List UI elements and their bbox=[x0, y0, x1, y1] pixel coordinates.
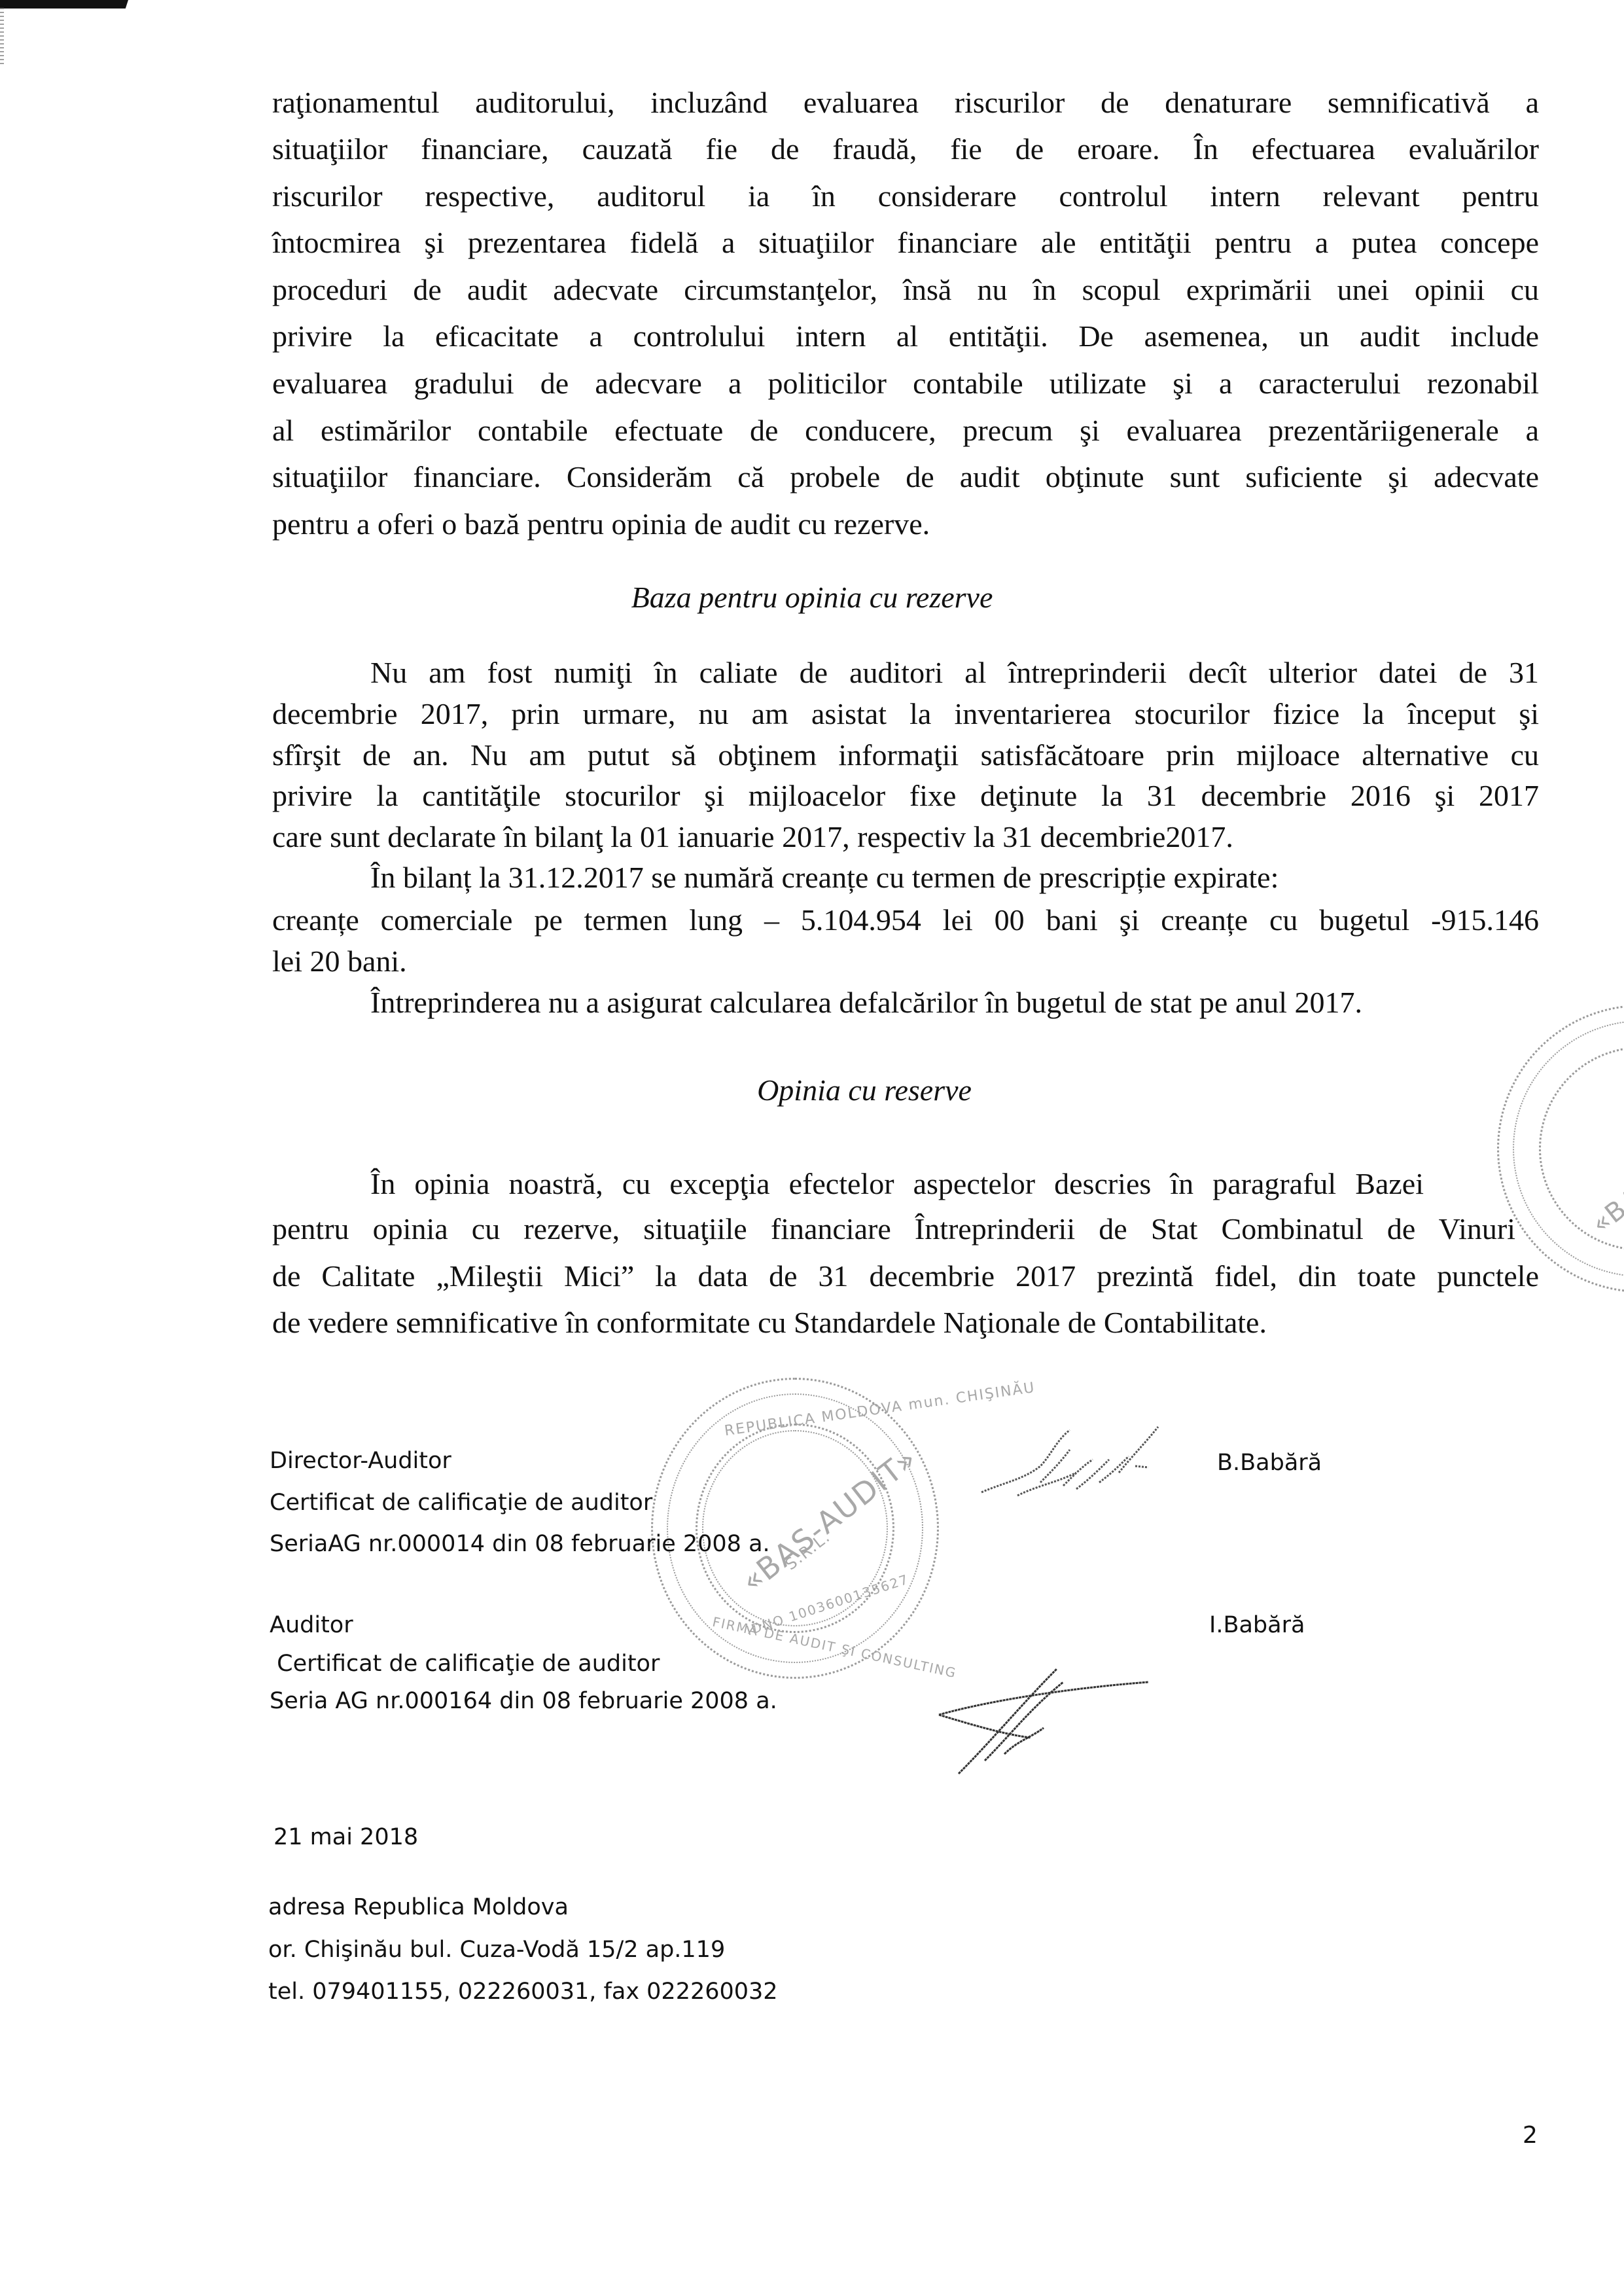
signatory-certificate: Certificat de calificaţie de auditor bbox=[270, 1492, 652, 1515]
signatory-role: Director-Auditor bbox=[270, 1450, 451, 1473]
body-line: proceduri de audit adecvate circumstanţe… bbox=[272, 275, 1539, 305]
document-page: raţionamentul auditorului, incluzând eva… bbox=[0, 0, 1624, 2296]
body-line: al estimărilor contabile efectuate de co… bbox=[272, 416, 1539, 446]
section-heading-opinion: Opinia cu reserve bbox=[52, 1075, 1624, 1105]
body-line: de vedere semnificative în conformitate … bbox=[272, 1308, 1539, 1338]
company-stamp: REPUBLICA MOLDOVA mun. CHIŞINĂU «BAS-AUD… bbox=[651, 1378, 939, 1679]
signatory-name: I.Babără bbox=[1209, 1614, 1305, 1637]
body-line: de Calitate „Mileştii Mici” la data de 3… bbox=[272, 1261, 1539, 1291]
signatory-series: SeriaAG nr.000014 din 08 februarie 2008 … bbox=[270, 1533, 770, 1556]
body-line: care sunt declarate în bilanţ la 01 ianu… bbox=[272, 822, 1539, 852]
body-line: În opinia noastră, cu excepţia efectelor… bbox=[370, 1169, 1424, 1199]
body-line: evaluarea gradului de adecvare a politic… bbox=[272, 368, 1539, 399]
body-line: decembrie 2017, prin urmare, nu am asist… bbox=[272, 699, 1539, 729]
signatory-series: Seria AG nr.000164 din 08 februarie 2008… bbox=[270, 1690, 777, 1713]
body-line: riscurilor respective, auditorul ia în c… bbox=[272, 181, 1539, 211]
signature-b-babara bbox=[978, 1420, 1168, 1512]
body-line: creanțe comerciale pe termen lung – 5.10… bbox=[272, 905, 1539, 935]
body-line: Întreprinderea nu a asigurat calcularea … bbox=[370, 988, 1539, 1018]
body-line: situaţiilor financiare, cauzată fie de f… bbox=[272, 134, 1539, 164]
body-line: privire la eficacitate a controlului int… bbox=[272, 321, 1539, 351]
scan-artifact-edge bbox=[0, 8, 4, 67]
section-heading-basis: Baza pentru opinia cu rezerve bbox=[0, 583, 1624, 613]
body-line: privire la cantităţile stocurilor şi mij… bbox=[272, 781, 1539, 811]
body-line: situaţiilor financiare. Considerăm că pr… bbox=[272, 462, 1539, 492]
body-line: lei 20 bani. bbox=[272, 946, 1539, 977]
signature-i-babara bbox=[932, 1662, 1155, 1787]
document-date: 21 mai 2018 bbox=[274, 1826, 418, 1849]
body-line: sfîrşit de an. Nu am putut să obţinem in… bbox=[272, 740, 1539, 770]
signatory-certificate: Certificat de calificaţie de auditor bbox=[270, 1653, 660, 1676]
signatory-role: Auditor bbox=[270, 1614, 353, 1637]
body-line: pentru a oferi o bază pentru opinia de a… bbox=[272, 509, 1539, 539]
body-line: În bilanț la 31.12.2017 se numără creanț… bbox=[370, 863, 1417, 893]
address-line: or. Chişinău bul. Cuza-Vodă 15/2 ap.119 bbox=[268, 1939, 725, 1962]
body-line: pentru opinia cu rezerve, situaţiile fin… bbox=[272, 1214, 1515, 1244]
address-line: tel. 079401155, 022260031, fax 022260032 bbox=[268, 1981, 778, 2003]
address-line: adresa Republica Moldova bbox=[268, 1896, 569, 1919]
scan-artifact bbox=[0, 0, 128, 9]
body-line: Nu am fost numiţi în caliate de auditori… bbox=[370, 658, 1539, 688]
body-line: raţionamentul auditorului, incluzând eva… bbox=[272, 88, 1539, 118]
body-line: întocmirea şi prezentarea fidelă a situa… bbox=[272, 228, 1539, 258]
page-number: 2 bbox=[1523, 2122, 1538, 2149]
company-stamp-partial: «BAS-AUDIT» bbox=[1497, 1005, 1624, 1293]
signatory-name: B.Babără bbox=[1217, 1452, 1322, 1475]
